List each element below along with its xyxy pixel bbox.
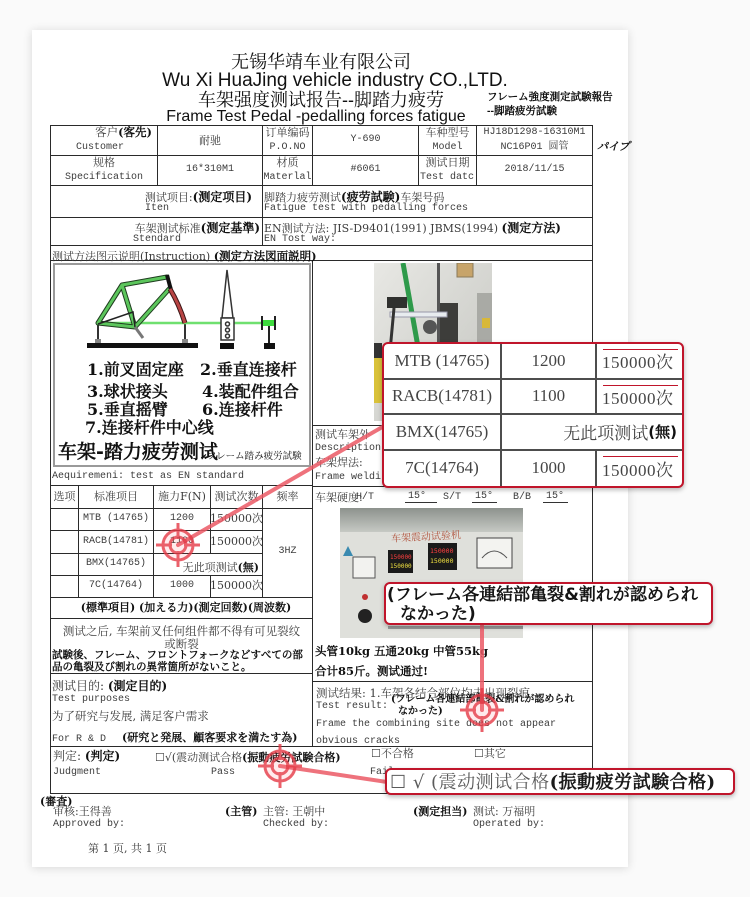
callout-cell-force: 1200 [502,344,597,380]
purpose-text-en: For R & D(研究と発展、顧客要求を満たす為) [52,728,297,745]
hardness-st-label: S/T [443,493,461,503]
callout-cell-cycles: 150000次 [597,451,682,487]
row-racb-item: RACB(14781) [78,537,154,547]
rocker-base [220,343,234,349]
approved-by-cn: 审核:王得善 [53,806,112,817]
criteria-cn-1: 测试之后, 车架前叉任何组件都不得有可见裂纹 [50,626,313,638]
instruction-heading: 测试方法图示说明(Instruction) (测定方法図面説明) [52,247,317,263]
judgment-heading: 判定: (判定) [53,747,120,763]
customer-label-en: Customer [50,143,150,153]
red-mark [603,456,678,457]
row-mtb-cycles: 150000次 [210,513,263,524]
callout-cell-force: 1000 [502,451,597,487]
result-jp-1: (フレーム各連結部亀裂&割れが認められ [391,695,574,705]
legend-item-1: 1.前叉固定座 [87,362,184,378]
judgment-other-option: ☐其它 [474,748,506,759]
table-headers-jp: (標準項目) (加える力)(測定回数)(周波数) [60,602,312,613]
diagram-caption-cn: 车架-踏力疲劳测试 [58,443,218,462]
checked-by-cn: 主管: 王朝中 [263,806,325,817]
description-label-en: Description [315,444,381,454]
report-title-jp-2: --脚踏疲労試験 [487,106,557,117]
po-label-cn: 订单编码 [262,127,313,138]
model-label-cn: 车种型号 [418,127,477,138]
model-note-jp: パイプ [597,142,630,153]
result-en-2: obvious cracks [316,737,400,747]
callout-test-table: MTB (14765) 1200 150000次 RACB(14781) 110… [382,342,684,488]
row-racb-force: 1100 [153,537,211,547]
row-7c-force: 1000 [153,581,211,591]
judgment-pass-en: Pass [211,768,235,778]
td-option [50,575,79,598]
th-frequency-label: 频率 [262,491,313,502]
td-option [50,530,79,554]
judgment-label-en: Judgment [53,768,101,778]
company-name-cn: 无锡华靖车业有限公司 [50,53,592,71]
callout-cell-force: 1100 [502,380,597,416]
diagram-caption-jp: フレーム踏み疲労試験 [207,452,302,462]
legend-item-6: 6.连接杆件 [202,402,283,418]
company-name-en: Wu Xi HuaJing vehicle industry CO.,LTD. [110,71,560,90]
criteria-jp-1: 試験後、フレーム、フロントフォークなどすべての部 [52,650,303,661]
svg-text:150000: 150000 [430,547,454,555]
judgment-note-text: ☐ √ (震动测试合格(振動疲労試験合格) [390,774,716,792]
result-note-line-1: (フレーム各連結部亀裂&割れが認められ [387,587,698,604]
row-7c-cycles: 150000次 [210,580,263,591]
approved-by-en: Approved by: [53,820,125,830]
svg-text:150000: 150000 [390,554,412,561]
standard-label-en: Stendard [100,235,214,245]
date-value: 2018/11/15 [476,165,593,175]
requirement-text: Aequiremeni: test as EN standard [52,472,244,482]
linkage-base [264,343,275,349]
svg-text:150000: 150000 [430,557,454,565]
po-value: Y-690 [312,135,419,145]
test-item-value-jp: (疲劳試験) [341,190,400,204]
callout-cell-item: 7C(14764) [384,451,502,487]
fixture-base [87,343,198,348]
purpose-jp: (研究と発展、顧客要求を満たす為) [122,731,297,744]
purpose-label-cn: 测试目的: [52,679,108,693]
standard-label-jp: (测定基準) [201,221,260,235]
operated-by-en: Operated by: [473,820,545,830]
th-cycles-label: 测试次数 [210,491,263,502]
hardness-st-value: 15° [472,492,497,503]
frequency-value: 3HZ [262,547,313,557]
total-text: 合计85斤。测试通过! [315,666,428,678]
purpose-heading: 测试目的: (測定目的) [52,677,167,693]
svg-text:150000: 150000 [390,563,412,570]
purpose-en: For R & D [52,734,106,745]
callout-cell-cycles: 150000次 [597,380,682,416]
customer-label: 客户(客先) [52,127,152,139]
no-test-cn: 无此项测试 [183,561,238,574]
red-mark [603,385,678,386]
row-mtb-item: MTB (14765) [78,514,154,524]
standard-label: 车架测试标准(测定基準) [52,219,260,235]
red-mark [603,349,678,350]
th-force-label: 施力F(N) [153,491,211,502]
model-value-2: NC16P01 圆管 [476,143,593,153]
purpose-label-en: Test purposes [52,695,130,705]
callout-result-note: (フレーム各連結部亀裂&割れが認められ なかった) [384,582,713,625]
crank [135,327,143,338]
purpose-label-jp: (測定目的) [108,679,167,693]
pass-label-jp: (振動疲労試験合格) [242,751,340,764]
spec-label-en: Specification [50,173,158,183]
judgment-label-jp: (判定) [85,749,120,763]
result-jp-2: なかった) [398,707,443,717]
td-option [50,553,79,576]
date-label-cn: 测试日期 [418,157,477,168]
material-label-en: Materlal [262,173,313,183]
date-label-en: Test datc [420,173,474,183]
criteria-jp-2: 品の亀裂及び割れの異常箇所がないこと。 [52,662,252,673]
legend-item-7: 7.连接杆件中心线 [85,420,214,436]
standard-value-en: EN Tost way: [264,235,336,245]
result-note-line-2: なかった) [400,606,476,623]
callout-judgment-note: ☐ √ (震动测试合格(振動疲労試験合格) [385,768,735,795]
checked-by-en: Checked by: [263,820,329,830]
po-label-en: P.O.NO [262,143,313,153]
spec-label-cn: 规格 [50,157,158,168]
legend-item-5: 5.垂直摇臂 [87,402,168,418]
purpose-text-cn: 为了研究与发展, 满足客户需求 [52,711,209,723]
callout-cell-item: RACB(14781) [384,380,502,416]
callout-cell-cycles: 150000次 [597,344,682,380]
legend-item-3: 3.球状接头 [87,384,168,400]
judgment-pass-option: ☐√(震动测试合格(振動疲労試験合格) [155,748,341,764]
checked-by-jp: (主管) [225,806,257,817]
hardness-bb-value: 15° [543,492,568,503]
callout-table-grid: MTB (14765) 1200 150000次 RACB(14781) 110… [384,344,682,486]
welding-label-cn: 车架焊法: [315,457,363,468]
customer-label-cn: 客户 [95,125,118,139]
callout-cell-item: MTB (14765) [384,344,502,380]
test-item-label-jp: (测定项目) [193,190,252,204]
test-item-label: 测试项目:(测定项目) [52,188,252,204]
standard-value-jp: (测定方法) [502,221,561,235]
legend-item-2: 2.垂直连接杆 [200,362,297,378]
legend-item-4: 4.装配件组合 [202,384,299,400]
page-indicator: 第 1 页, 共 1 页 [88,843,167,854]
row-7c-item: 7C(14764) [78,581,154,591]
judgment-label-cn: 判定: [53,749,85,763]
row-bmx-no-test: 无此项测试(無) [153,558,259,574]
pass-checkbox-label: ☐√(震动测试合格 [155,751,242,764]
welding-label-en: Frame weldi [315,473,381,483]
report-title-en: Frame Test Pedal -pedalling forces fatig… [116,109,516,125]
test-item-value: 脚踏力疲劳测试(疲劳試験)车架号码 [264,188,444,204]
operated-by-jp: (测定担当) [413,806,467,817]
hardness-ht-label: H/T [356,493,374,503]
instruction-label-jp: (测定方法図面説明) [214,249,317,263]
spec-value: 16*310M1 [157,165,263,175]
judgment-note-jp: (振動疲労試験合格) [550,772,716,793]
no-test-jp: (無) [238,561,259,574]
row-mtb-force: 1200 [153,514,211,524]
operated-by-cn: 测试: 万福明 [473,806,535,817]
model-value-1: HJ18D1298-16310M1 [476,128,593,138]
instruction-label-cn: 测试方法图示说明(Instruction) [52,250,214,263]
td-option [50,508,79,531]
th-option-label: 选项 [50,491,79,502]
row-bmx-item: BMX(14765) [78,559,154,569]
row-racb-cycles: 150000次 [210,536,263,547]
hardness-bb-label: B/B [513,493,531,503]
report-title-jp-1: フレーム強度測定試験報告 [487,92,613,103]
description-label-cn: 测试车架外 [315,429,370,440]
model-label-en: Model [418,143,477,153]
callout-cell-no-test: 无此项测试 (無) [502,415,682,451]
material-value: #6061 [312,165,419,175]
weights-text: 头管10kg 五通20kg 中管55kg [315,646,488,658]
judgment-fail-option: ☐不合格 [371,748,414,759]
customer-value: 耐驰 [157,135,263,146]
test-item-value-en: Fatigue test with pedalling forces [264,204,468,214]
vertical-rocker [221,270,234,340]
judgment-note-cn: ☐ √ (震动测试合格 [390,772,550,793]
result-en-1: Frame the combining site does not appear [316,720,556,730]
customer-label-jp: (客先) [118,125,152,139]
result-label-cn: 测试结果: [316,686,370,700]
connector-fixture [262,316,275,343]
test-item-label-en: Iten [100,204,214,214]
material-label-cn: 材质 [262,157,313,168]
callout-cell-item: BMX(14765) [384,415,502,451]
result-label-en: Test result: [316,702,388,712]
hardness-ht-value: 15° [405,492,437,503]
th-item-label: 标准项目 [78,491,154,502]
standard-value: EN测试方法: JIS-D9401(1991) JBMS(1994) (测定方法… [264,219,561,235]
